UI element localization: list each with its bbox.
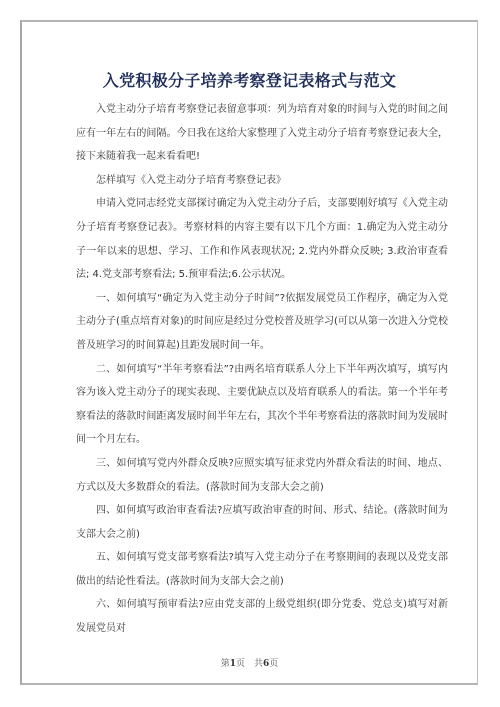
paragraph-item-2: 二、如何填写“半年考察看法”?由两名培育联系人分上下半年两次填写，填写内容为该入…	[76, 358, 448, 452]
document-title: 入党积极分子培养考察登记表格式与范文	[22, 68, 477, 91]
paragraph-overview: 申请入党同志经党支部探讨确定为入党主动分子后，支部要刚好填写《入党主动分子培育考…	[76, 192, 448, 286]
footer-suffix: 页	[269, 659, 278, 669]
paragraph-item-6: 六、如何填写预审看法?应由党支部的上级党组织(即分党委、党总支)填写对新发展党员…	[76, 593, 448, 640]
page-number-footer: 第1页 共6页	[22, 656, 477, 669]
footer-middle: 页 共	[236, 659, 263, 669]
paragraph-item-5: 五、如何填写党支部考察看法?填写入党主动分子在考察期间的表现以及党支部做出的结论…	[76, 546, 448, 593]
document-body: 入党主动分子培育考察登记表留意事项：列为培育对象的时间与入党的时间之间应有一年左…	[76, 98, 448, 641]
paragraph-heading: 怎样填写《入党主动分子培育考察登记表》	[76, 169, 448, 193]
document-page: 入党积极分子培养考察登记表格式与范文 入党主动分子培育考察登记表留意事项：列为培…	[20, 20, 478, 685]
paragraph-intro: 入党主动分子培育考察登记表留意事项：列为培育对象的时间与入党的时间之间应有一年左…	[76, 98, 448, 169]
footer-prefix: 第	[221, 659, 230, 669]
paragraph-item-1: 一、如何填写“确定为入党主动分子时间”?依据发展党员工作程序，确定为入党主动分子…	[76, 287, 448, 358]
paragraph-item-4: 四、如何填写政治审查看法?应填写政治审查的时间、形式、结论。(落款时间为支部大会…	[76, 499, 448, 546]
paragraph-item-3: 三、如何填写党内外群众反映?应照实填写征求党内外群众看法的时间、地点、方式以及大…	[76, 452, 448, 499]
